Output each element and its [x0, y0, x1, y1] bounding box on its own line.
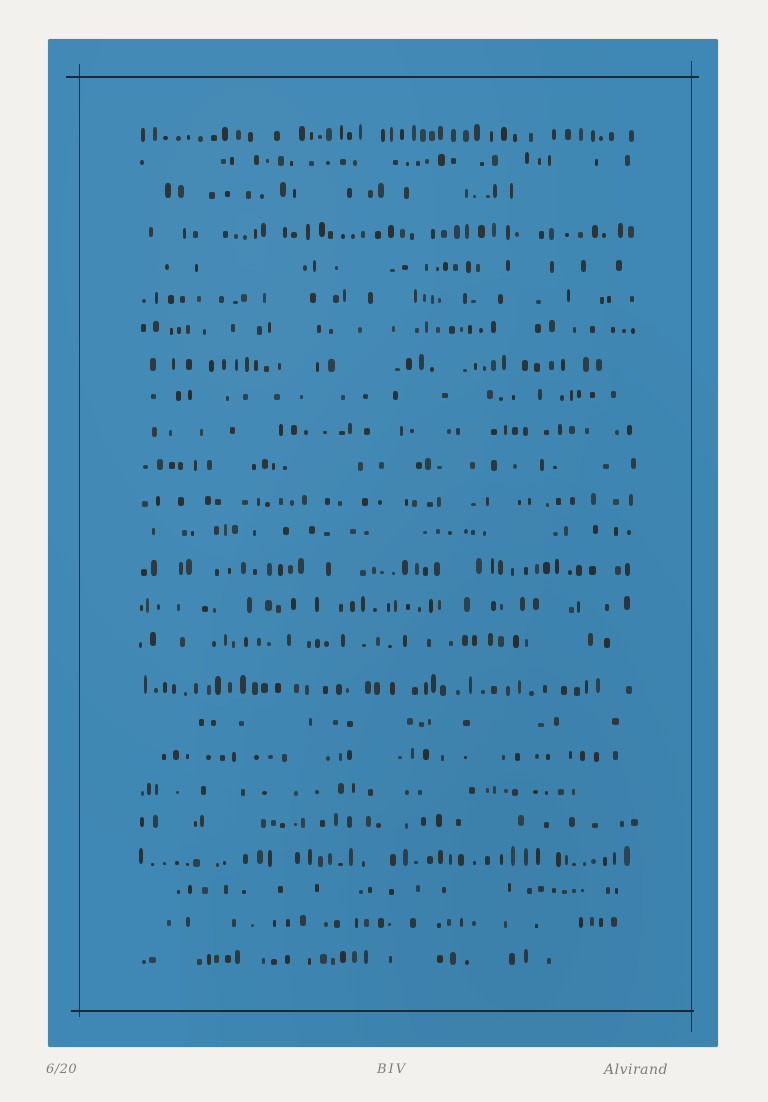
ink-mark	[193, 859, 199, 867]
ink-mark	[533, 790, 538, 794]
ink-mark	[406, 604, 410, 610]
ink-mark	[464, 597, 470, 612]
ink-mark	[614, 527, 618, 537]
ink-mark	[168, 295, 174, 304]
ink-mark	[613, 499, 619, 505]
ink-mark	[315, 597, 319, 613]
ink-mark	[498, 636, 504, 647]
ink-mark	[535, 324, 540, 334]
ink-mark	[509, 953, 515, 965]
ink-mark	[257, 850, 263, 864]
ink-mark	[180, 296, 186, 303]
ink-mark	[625, 155, 630, 166]
ink-mark	[235, 950, 240, 964]
ink-mark	[463, 293, 467, 304]
ink-mark	[593, 525, 599, 534]
ink-mark	[338, 501, 343, 506]
ink-mark	[153, 321, 158, 332]
ink-mark	[320, 954, 327, 964]
ink-mark	[186, 754, 189, 760]
ink-mark	[611, 917, 618, 927]
ink-mark	[449, 326, 455, 334]
ink-mark	[392, 326, 395, 332]
ink-mark	[471, 503, 476, 506]
ink-mark	[471, 530, 474, 536]
ink-mark	[406, 358, 412, 371]
ink-mark	[308, 958, 311, 965]
ink-mark	[469, 676, 472, 694]
ink-mark	[506, 686, 510, 696]
ink-mark	[274, 394, 280, 400]
ink-mark	[215, 569, 218, 576]
ink-mark	[202, 887, 208, 894]
ink-mark	[325, 498, 330, 505]
ink-mark	[176, 391, 181, 401]
ink-mark	[548, 155, 551, 166]
ink-mark	[430, 367, 435, 372]
ink-mark	[390, 854, 396, 867]
ink-mark	[298, 558, 304, 574]
ink-mark	[347, 816, 353, 827]
ink-mark	[141, 128, 144, 142]
ink-mark	[549, 228, 555, 240]
ink-mark	[368, 789, 374, 796]
ink-mark	[294, 791, 298, 797]
ink-mark	[182, 530, 187, 537]
ink-mark	[279, 424, 283, 436]
ink-mark	[442, 887, 447, 893]
ink-mark	[574, 687, 579, 696]
ink-mark	[252, 682, 258, 695]
ink-mark	[627, 425, 632, 435]
ink-mark	[611, 391, 616, 399]
ink-mark	[472, 635, 477, 646]
ink-mark	[373, 608, 377, 612]
ink-mark	[513, 635, 519, 648]
ink-mark	[376, 637, 380, 647]
ink-mark	[402, 265, 409, 271]
ink-mark	[568, 570, 572, 575]
ink-mark	[625, 563, 630, 576]
ink-mark	[221, 159, 226, 164]
ink-mark	[539, 231, 544, 239]
ink-mark	[524, 567, 528, 574]
ink-mark	[603, 857, 607, 866]
ink-mark	[155, 784, 158, 795]
ink-mark	[295, 852, 300, 864]
ink-mark	[403, 849, 409, 866]
ink-mark	[139, 642, 142, 648]
ink-mark	[556, 852, 561, 867]
ink-mark	[328, 359, 335, 372]
ink-mark	[224, 524, 227, 536]
ink-mark	[449, 854, 453, 864]
right-border-line	[691, 61, 692, 1032]
ink-mark	[580, 751, 585, 761]
ink-mark	[538, 723, 544, 727]
ink-mark	[316, 362, 320, 372]
ink-mark	[420, 129, 426, 142]
ink-mark	[523, 427, 528, 437]
ink-mark	[334, 920, 340, 928]
ink-mark	[502, 755, 506, 761]
ink-mark	[547, 958, 551, 965]
ink-mark	[232, 525, 237, 534]
ink-mark	[338, 863, 342, 866]
ink-mark	[283, 466, 288, 470]
ink-mark	[506, 260, 510, 271]
ink-mark	[243, 394, 247, 400]
ink-mark	[328, 231, 334, 238]
ink-mark	[606, 887, 610, 894]
ink-mark	[605, 604, 609, 612]
ink-mark	[341, 395, 345, 400]
ink-mark	[493, 184, 497, 199]
ink-mark	[491, 601, 496, 612]
ink-mark	[294, 684, 299, 693]
ink-mark	[212, 641, 216, 647]
ink-mark	[257, 326, 262, 335]
ink-mark	[223, 231, 228, 238]
ink-mark	[512, 427, 518, 436]
ink-mark	[315, 884, 319, 892]
ink-mark	[352, 951, 357, 963]
ink-mark	[555, 559, 559, 574]
ink-mark	[241, 789, 245, 796]
ink-mark	[262, 958, 266, 964]
ink-mark	[381, 129, 385, 142]
ink-mark	[178, 462, 183, 471]
ink-mark	[280, 182, 286, 197]
ink-mark	[364, 950, 368, 964]
ink-mark	[416, 885, 420, 892]
ink-mark	[499, 397, 503, 401]
ink-mark	[186, 325, 190, 334]
ink-mark	[152, 528, 155, 534]
ink-mark	[525, 152, 530, 164]
ink-mark	[570, 497, 575, 505]
ink-mark	[485, 856, 490, 865]
ink-mark	[456, 690, 459, 695]
ink-mark	[415, 563, 419, 575]
ink-mark	[262, 459, 268, 469]
ink-mark	[389, 956, 392, 962]
ink-mark	[307, 641, 311, 648]
ink-mark	[585, 680, 588, 694]
ink-mark	[188, 390, 192, 401]
ink-mark	[393, 391, 399, 400]
ink-mark	[352, 783, 356, 793]
ink-mark	[300, 915, 306, 926]
ink-mark	[236, 130, 242, 140]
ink-mark	[504, 425, 508, 435]
ink-mark	[140, 605, 143, 611]
ink-mark	[631, 819, 637, 826]
ink-mark	[315, 639, 321, 648]
ink-mark	[596, 678, 600, 693]
ink-mark	[437, 955, 443, 963]
ink-mark	[222, 127, 228, 142]
ink-mark	[173, 750, 180, 760]
ink-mark	[232, 752, 236, 762]
ink-mark	[486, 195, 490, 198]
ink-mark	[350, 529, 356, 534]
ink-mark	[368, 292, 373, 304]
ink-mark	[465, 960, 469, 965]
ink-mark	[627, 530, 631, 536]
ink-mark	[437, 466, 442, 470]
ink-mark	[536, 848, 540, 865]
ink-mark	[150, 632, 156, 646]
ink-mark	[162, 754, 166, 760]
ink-mark	[153, 815, 158, 828]
ink-mark	[543, 685, 547, 693]
ink-mark	[169, 430, 172, 436]
ink-mark	[590, 392, 594, 399]
ink-mark	[431, 674, 436, 694]
ink-mark	[334, 813, 338, 826]
ink-mark	[591, 859, 596, 864]
ink-mark	[152, 427, 157, 437]
ink-mark	[583, 357, 589, 371]
ink-mark	[553, 466, 557, 469]
ink-mark	[331, 958, 335, 965]
ink-mark	[368, 887, 372, 893]
ink-mark	[549, 361, 553, 370]
ink-mark	[577, 601, 581, 613]
ink-mark	[591, 493, 597, 505]
ink-mark	[242, 500, 248, 506]
ink-mark	[339, 431, 344, 436]
ink-mark	[364, 919, 369, 928]
ink-mark	[203, 329, 207, 335]
ink-mark	[244, 637, 248, 647]
ink-mark	[419, 722, 425, 727]
ink-mark	[581, 260, 586, 272]
ink-mark	[388, 225, 394, 238]
ink-mark	[333, 720, 337, 725]
ink-mark	[358, 462, 363, 471]
ink-mark	[375, 231, 381, 239]
ink-mark	[252, 464, 256, 470]
ink-mark	[513, 134, 517, 143]
ink-mark	[498, 294, 504, 305]
ink-mark	[222, 359, 227, 370]
ink-mark	[460, 327, 463, 333]
ink-mark	[200, 429, 203, 437]
ink-mark	[372, 567, 376, 575]
ink-mark	[347, 721, 353, 727]
ink-mark	[603, 464, 609, 469]
ink-mark	[291, 232, 297, 239]
ink-mark	[261, 223, 266, 237]
ink-mark	[184, 692, 187, 696]
ink-mark	[309, 718, 312, 726]
ink-mark	[438, 600, 441, 610]
ink-mark	[544, 822, 550, 828]
ink-mark	[317, 325, 321, 333]
ink-mark	[429, 599, 433, 612]
ink-mark	[285, 955, 290, 965]
ink-mark	[400, 426, 403, 437]
ink-mark	[564, 526, 568, 537]
ink-mark	[511, 846, 515, 866]
ink-mark	[600, 297, 604, 304]
ink-mark	[402, 560, 408, 575]
ink-mark	[172, 684, 177, 694]
ink-mark	[579, 128, 583, 141]
ink-mark	[282, 754, 288, 761]
ink-mark	[618, 223, 624, 238]
ink-mark	[480, 162, 484, 167]
ink-mark	[302, 495, 307, 505]
ink-mark	[476, 264, 480, 271]
ink-mark	[425, 321, 429, 333]
ink-mark	[177, 327, 182, 334]
ink-mark	[615, 566, 621, 576]
ink-mark	[207, 685, 211, 695]
ink-mark	[569, 426, 575, 434]
ink-mark	[179, 562, 182, 575]
ink-mark	[290, 161, 293, 166]
ink-mark	[211, 135, 217, 142]
ink-mark	[178, 497, 184, 506]
ink-mark	[578, 232, 583, 239]
ink-mark	[278, 156, 284, 166]
ink-mark	[353, 160, 357, 166]
ink-mark	[400, 229, 405, 238]
ink-mark	[199, 719, 204, 727]
ink-mark	[155, 292, 158, 304]
ink-mark	[348, 423, 352, 434]
ink-mark	[456, 819, 460, 826]
ink-mark	[520, 597, 525, 611]
ink-mark	[366, 816, 371, 827]
ink-mark	[351, 234, 355, 239]
ink-mark	[613, 852, 616, 864]
ink-mark	[463, 130, 469, 142]
ink-mark	[254, 229, 257, 239]
ink-mark	[423, 567, 429, 575]
ink-mark	[604, 638, 610, 648]
ink-mark	[579, 917, 584, 928]
ink-mark	[437, 497, 441, 508]
ink-mark	[167, 920, 170, 926]
ink-mark	[453, 264, 458, 272]
ink-mark	[458, 854, 464, 867]
ink-mark	[362, 644, 367, 647]
ink-mark	[230, 157, 234, 165]
ink-mark	[240, 675, 246, 694]
ink-mark	[143, 465, 148, 469]
ink-mark	[498, 560, 504, 575]
ink-mark	[512, 789, 518, 796]
ink-mark	[631, 328, 635, 333]
ink-mark	[567, 289, 571, 302]
ink-mark	[362, 498, 368, 505]
ink-mark	[607, 296, 611, 303]
ink-mark	[534, 363, 540, 372]
ink-mark	[552, 129, 557, 140]
ink-mark	[425, 264, 428, 271]
ink-mark	[261, 683, 267, 693]
ink-mark	[412, 500, 418, 507]
ink-mark	[209, 192, 215, 199]
ink-mark	[437, 923, 441, 928]
ink-mark	[592, 823, 598, 828]
ink-mark	[318, 135, 322, 140]
ink-mark	[404, 187, 409, 199]
ink-mark	[364, 428, 370, 435]
ink-mark	[478, 225, 484, 238]
ink-mark	[518, 815, 524, 826]
ink-mark	[427, 502, 433, 507]
ink-mark	[347, 750, 352, 760]
ink-mark	[500, 854, 503, 865]
ink-mark	[268, 850, 272, 867]
ink-mark	[487, 390, 493, 399]
ink-mark	[612, 718, 618, 725]
ink-mark	[276, 605, 281, 613]
ink-mark	[275, 683, 281, 693]
ink-mark	[364, 531, 369, 535]
ink-mark	[141, 324, 146, 333]
ink-mark	[233, 301, 238, 304]
ink-mark	[501, 127, 507, 141]
ink-mark	[533, 598, 539, 610]
ink-mark	[465, 224, 470, 239]
ink-mark	[186, 917, 191, 927]
ink-mark	[341, 634, 345, 648]
ink-mark	[423, 749, 429, 760]
ink-mark	[535, 564, 539, 574]
ink-mark	[163, 136, 168, 141]
ink-mark	[569, 607, 574, 613]
ink-mark	[427, 856, 433, 864]
ink-mark	[239, 721, 244, 726]
ink-mark	[378, 183, 384, 198]
ink-mark	[180, 637, 185, 647]
ink-mark	[211, 720, 217, 727]
ink-mark	[626, 686, 632, 694]
ink-mark	[447, 919, 451, 926]
ink-mark	[493, 786, 496, 795]
ink-mark	[324, 641, 329, 647]
ink-mark	[175, 861, 179, 866]
ink-mark	[611, 327, 615, 333]
ink-mark	[429, 131, 435, 140]
ink-mark	[412, 125, 416, 141]
ink-mark	[207, 460, 212, 470]
edition-number: 6/20	[46, 1062, 77, 1077]
ink-mark	[358, 327, 363, 332]
ink-mark	[589, 566, 595, 575]
ink-mark	[595, 159, 599, 166]
ink-mark	[378, 918, 384, 929]
ink-mark	[410, 918, 416, 928]
ink-mark	[278, 363, 282, 370]
ink-mark	[491, 360, 496, 371]
ink-mark	[560, 395, 564, 401]
ink-mark	[558, 789, 564, 795]
ink-mark	[561, 686, 567, 695]
ink-mark	[170, 328, 173, 334]
ink-mark	[545, 791, 548, 794]
ink-mark	[232, 919, 236, 927]
ink-mark	[280, 823, 286, 828]
ink-mark	[265, 502, 269, 507]
artist-signature: Alvirand	[604, 1062, 668, 1078]
